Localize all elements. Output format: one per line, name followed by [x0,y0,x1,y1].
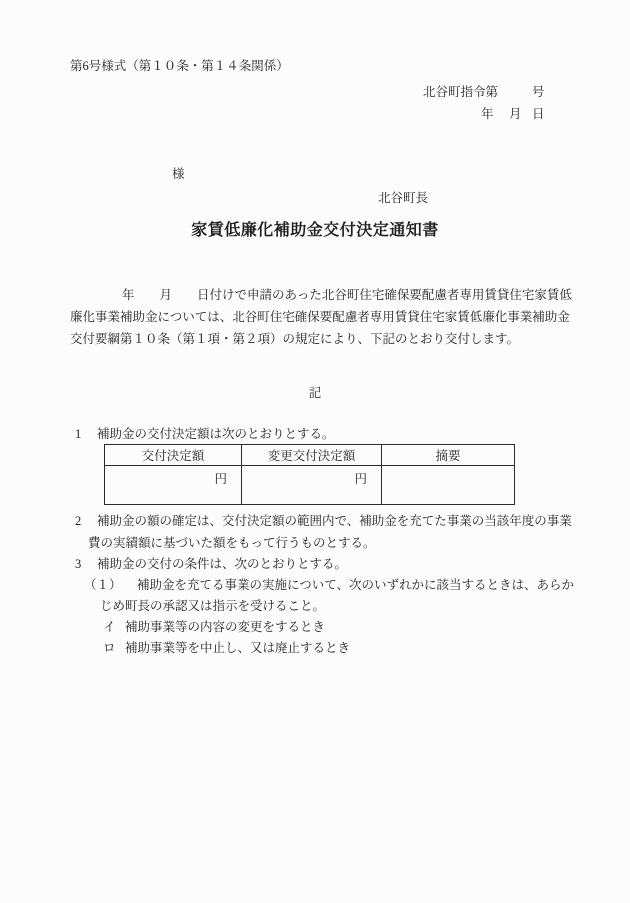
sender-title: 北谷町長 [378,190,428,206]
date-year-label: 年 [481,106,494,122]
item-3-sub-1-line-2: じめ町長の承認又は指示を受けること。 [100,598,325,614]
date-day-label: 日 [532,106,545,122]
item-3-sub-1-b-marker: ロ [103,640,116,656]
form-number: 第6号様式（第１０条・第１４条関係） [70,58,289,74]
item-1-number: 1 [75,426,81,442]
table-cell-remarks [382,466,515,505]
item-3-sub-1-a-marker: イ [103,619,116,635]
item-3-sub-1-a-text: 補助事業等の内容の変更をするとき [125,619,325,635]
table-header-remarks: 摘要 [382,445,515,466]
item-3-number: 3 [75,556,81,572]
body-paragraph-line-3: 交付要綱第１０条（第１項・第２項）の規定により、下記のとおり交付します。 [70,331,519,347]
addressee-honorific: 様 [172,166,185,182]
table-header-grant-amount: 交付決定額 [105,445,242,466]
directive-number-suffix: 号 [532,84,545,100]
table-header-row: 交付決定額 変更交付決定額 摘要 [105,445,515,466]
date-month-label: 月 [509,106,522,122]
table-cell-grant-amount: 円 [105,466,242,505]
item-3-text: 補助金の交付の条件は、次のとおりとする。 [97,556,347,572]
document-page: 第6号様式（第１０条・第１４条関係） 北谷町指令第 号 年 月 日 様 北谷町長… [0,0,630,903]
directive-number-prefix: 北谷町指令第 [423,84,498,100]
item-2-number: 2 [75,513,81,529]
item-3-sub-1-line-1: 補助金を充てる事業の実施について、次のいずれかに該当するときは、あらか [137,577,574,593]
document-title: 家賃低廉化補助金交付決定通知書 [0,223,630,239]
decision-amount-table: 交付決定額 変更交付決定額 摘要 円 円 [104,444,515,505]
table-data-row: 円 円 [105,466,515,505]
table-cell-amended-amount: 円 [242,466,382,505]
table-header-amended-amount: 変更交付決定額 [242,445,382,466]
item-3-sub-1-b-text: 補助事業等を中止し、又は廃止するとき [125,640,350,656]
item-1-text: 補助金の交付決定額は次のとおりとする。 [97,426,335,442]
item-3-sub-1-number: （１） [84,577,122,593]
body-paragraph-line-1: 年 月 日付けで申請のあった北谷町住宅確保要配慮者専用賃貸住宅家賃低 [122,287,572,303]
item-2-line-2: 費の実績額に基づいた額をもって行うものとする。 [88,535,376,551]
item-2-line-1: 補助金の額の確定は、交付決定額の範囲内で、補助金を充てた事業の当該年度の事業 [97,513,572,529]
body-paragraph-line-2: 廉化事業補助金については、北谷町住宅確保要配慮者専用賃貸住宅家賃低廉化事業補助金 [70,309,570,325]
record-marker: 記 [0,385,630,401]
